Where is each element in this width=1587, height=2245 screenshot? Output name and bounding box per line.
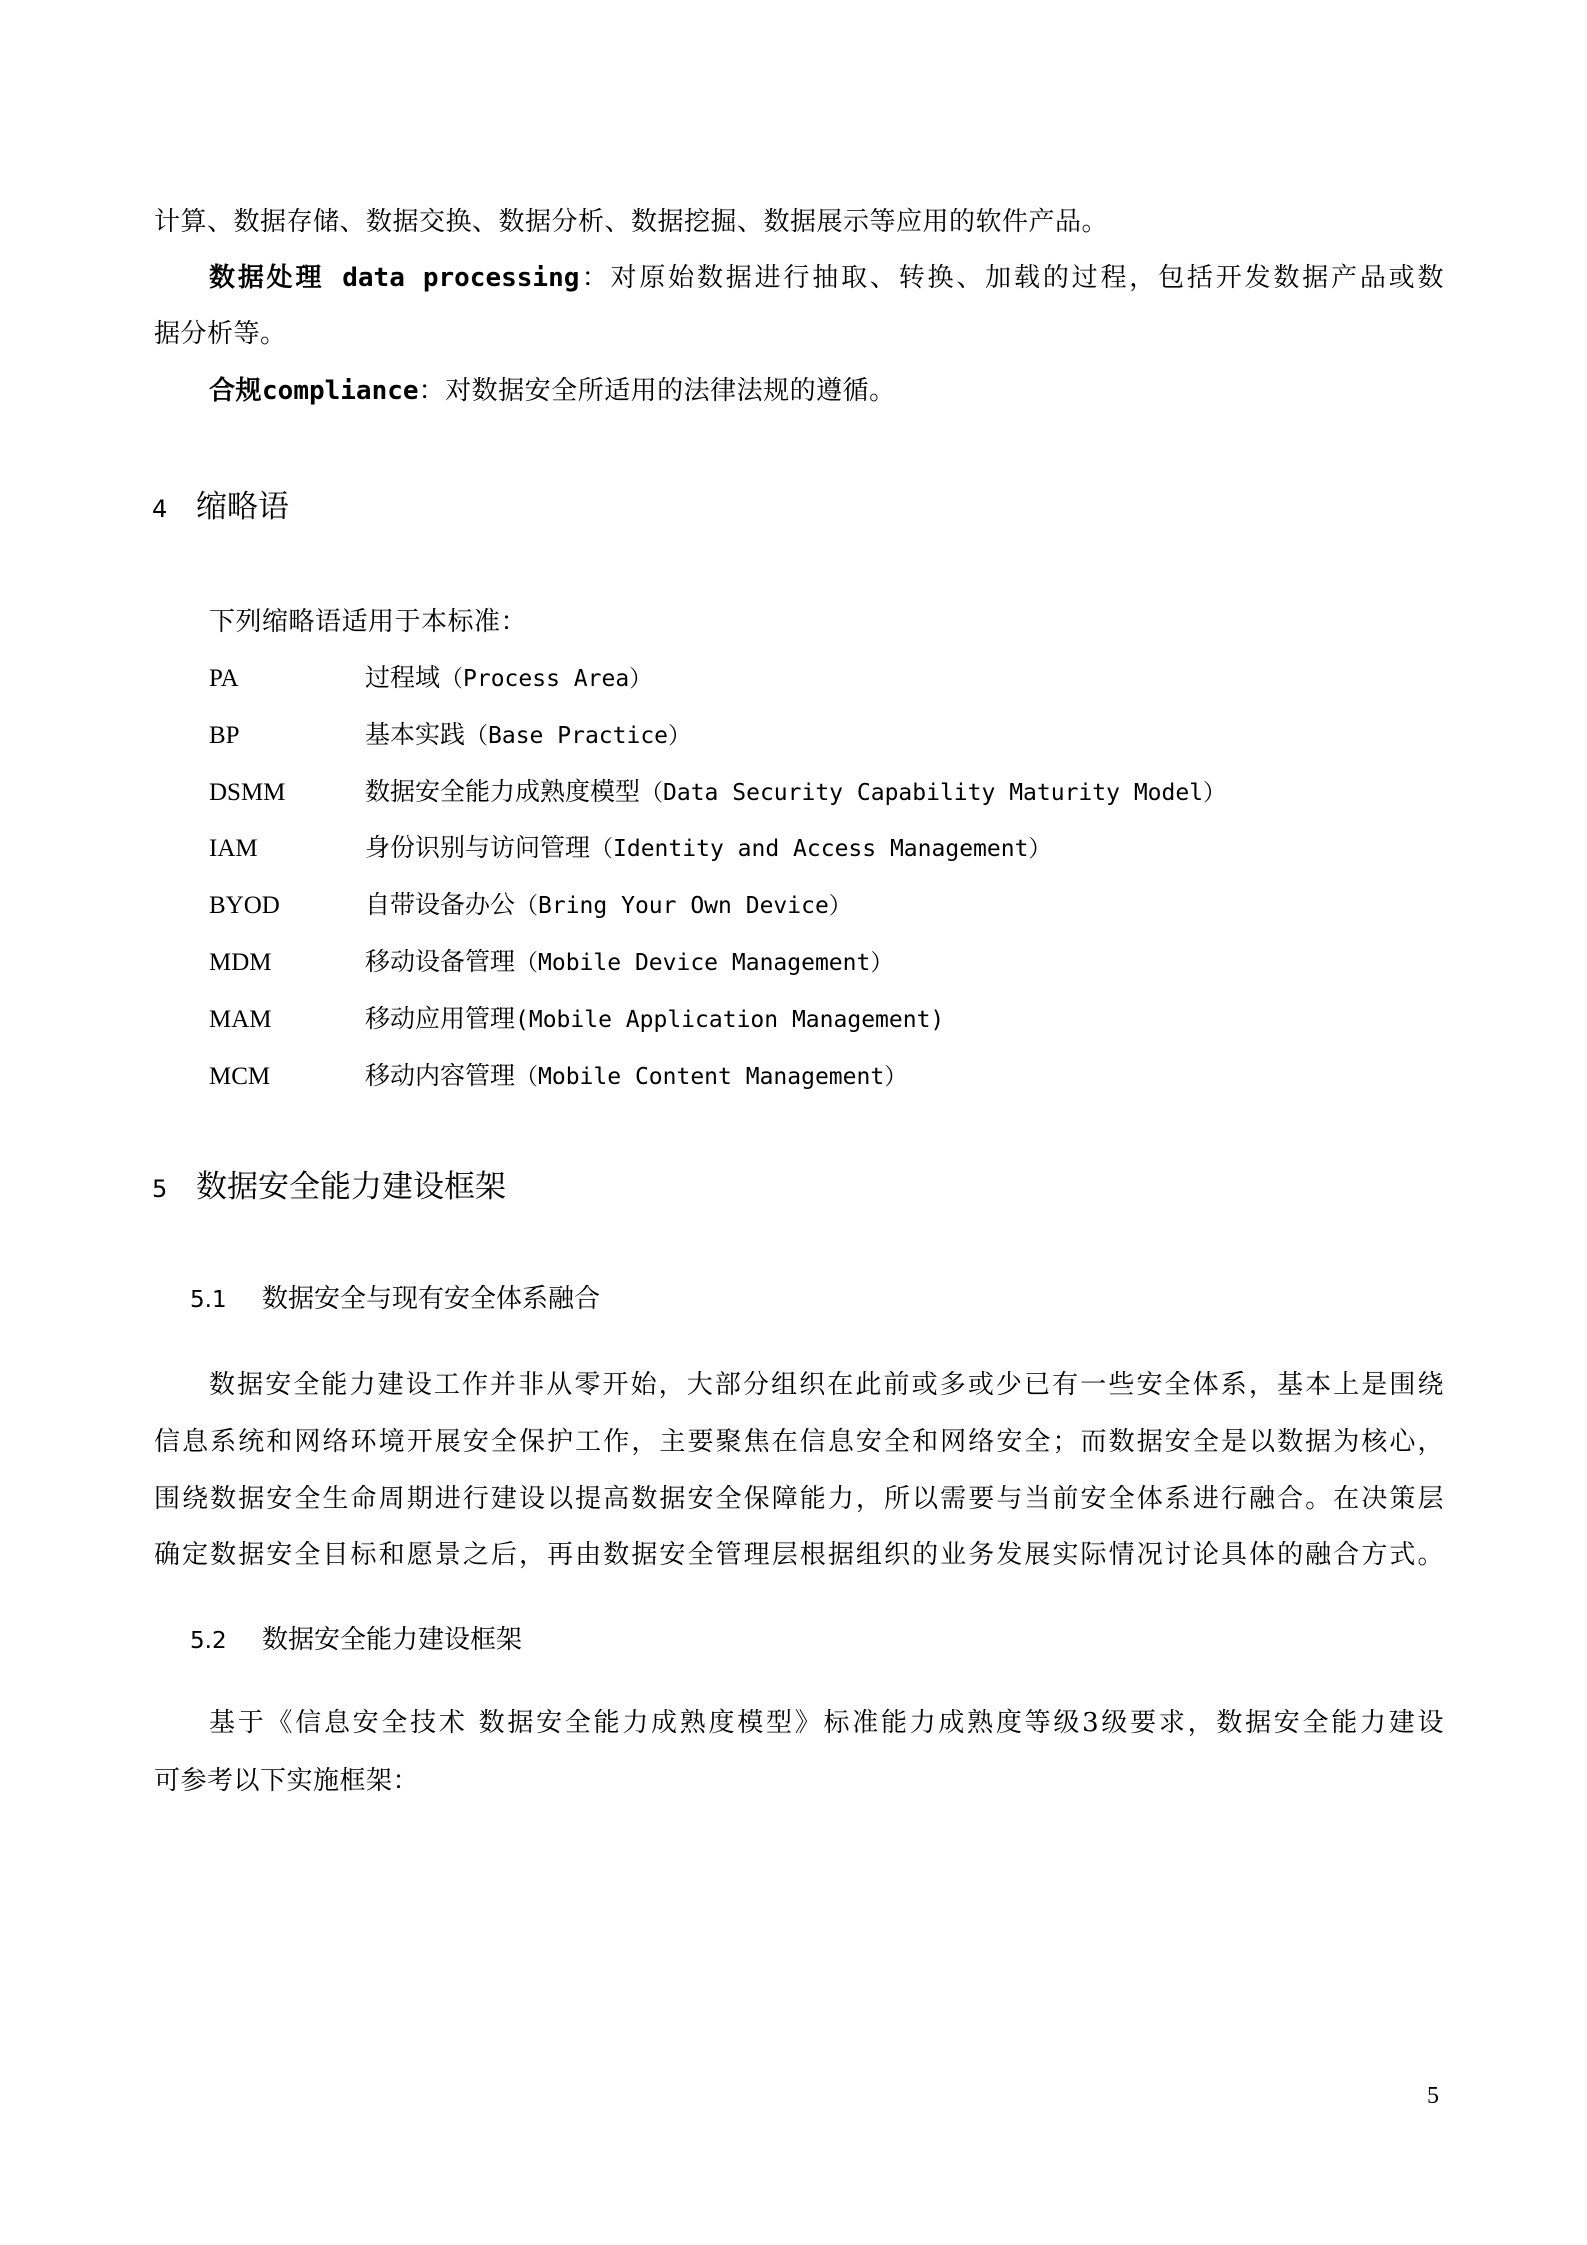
abbreviation-en: （Base Practice） [465,723,691,749]
term-definition-line2: 据分析等。 [154,316,287,352]
section-number: 4 [152,489,196,529]
subsection-heading-5-2: 5.2数据安全能力建设框架 [190,1622,522,1659]
abbreviation-en: （Identity and Access Management） [590,836,1051,862]
section-title: 缩略语 [196,489,289,525]
abbreviation-en: (Mobile Application Management) [515,1007,944,1033]
abbreviation-row: BYOD自带设备办公（Bring Your Own Device） [209,887,852,924]
abbreviation: BP [209,718,365,754]
term-definition: ：对数据安全所适用的法律法规的遵循。 [419,376,896,406]
subsection-title: 数据安全能力建设框架 [262,1625,522,1655]
term-data-processing: 数据处理 data processing：对原始数据进行抽取、转换、加载的过程，… [209,260,1444,296]
definition-continuation: 计算、数据存储、数据交换、数据分析、数据挖掘、数据展示等应用的软件产品。 [154,204,1108,240]
abbreviation-row: MAM移动应用管理(Mobile Application Management) [209,1001,944,1038]
section-title: 数据安全能力建设框架 [196,1169,506,1205]
subsection-number: 5.2 [190,1623,262,1659]
section-heading-5: 5数据安全能力建设框架 [152,1167,506,1209]
paragraph-line: 基于《信息安全技术 数据安全能力成熟度模型》标准能力成熟度等级3级要求，数据安全… [209,1705,1444,1741]
abbreviation: MAM [209,1002,365,1038]
term-definition: ：对原始数据进行抽取、转换、加载的过程，包括开发数据产品或数 [579,263,1444,293]
abbreviations-intro: 下列缩略语适用于本标准： [209,604,527,640]
term-en: compliance [262,376,419,406]
abbreviation: MCM [209,1059,365,1095]
abbreviation: MDM [209,945,365,981]
abbreviation-cn: 数据安全能力成熟度模型 [365,774,640,810]
paragraph-line: 数据安全能力建设工作并非从零开始，大部分组织在此前或多或少已有一些安全体系，基本… [209,1367,1444,1403]
term-cn: 合规 [209,376,262,406]
abbreviation-cn: 移动内容管理 [365,1058,515,1094]
abbreviation-en: （Process Area） [440,666,652,692]
term-en: data processing [324,263,579,293]
abbreviation-cn: 移动应用管理 [365,1001,515,1037]
abbreviation: IAM [209,831,365,867]
abbreviation-cn: 自带设备办公 [365,887,515,923]
abbreviation-cn: 基本实践 [365,717,465,753]
section-heading-4: 4缩略语 [152,487,289,529]
paragraph-line: 可参考以下实施框架： [154,1763,419,1799]
subsection-heading-5-1: 5.1数据安全与现有安全体系融合 [190,1281,600,1318]
subsection-number: 5.1 [190,1282,262,1318]
abbreviation: PA [209,661,365,697]
abbreviation-en: （Mobile Content Management） [515,1064,907,1090]
paragraph-line: 确定数据安全目标和愿景之后，再由数据安全管理层根据组织的业务发展实际情况讨论具体… [154,1537,1444,1573]
abbreviation-cn: 移动设备管理 [365,944,515,980]
abbreviation-en: （Mobile Device Management） [515,950,893,976]
document-page: 计算、数据存储、数据交换、数据分析、数据挖掘、数据展示等应用的软件产品。 数据处… [0,0,1587,2245]
term-cn: 数据处理 [209,263,324,293]
abbreviation-row: DSMM数据安全能力成熟度模型（Data Security Capability… [209,774,1226,811]
term-compliance: 合规compliance：对数据安全所适用的法律法规的遵循。 [209,373,896,409]
subsection-title: 数据安全与现有安全体系融合 [262,1284,600,1314]
abbreviation: DSMM [209,775,365,811]
abbreviation-en: （Bring Your Own Device） [515,893,852,919]
abbreviation-row: PA过程域（Process Area） [209,660,652,697]
abbreviation-en: （Data Security Capability Maturity Model… [640,780,1226,806]
abbreviation: BYOD [209,888,365,924]
abbreviation-row: MCM移动内容管理（Mobile Content Management） [209,1058,907,1095]
abbreviation-row: IAM身份识别与访问管理（Identity and Access Managem… [209,830,1051,867]
paragraph-line: 围绕数据安全生命周期进行建设以提高数据安全保障能力，所以需要与当前安全体系进行融… [154,1481,1444,1517]
abbreviation-row: MDM移动设备管理（Mobile Device Management） [209,944,893,981]
page-number: 5 [1427,2081,1439,2111]
abbreviation-cn: 过程域 [365,660,440,696]
section-number: 5 [152,1169,196,1209]
abbreviation-row: BP基本实践（Base Practice） [209,717,691,754]
paragraph-line: 信息系统和网络环境开展安全保护工作，主要聚焦在信息安全和网络安全；而数据安全是以… [154,1424,1444,1460]
abbreviation-cn: 身份识别与访问管理 [365,830,590,866]
